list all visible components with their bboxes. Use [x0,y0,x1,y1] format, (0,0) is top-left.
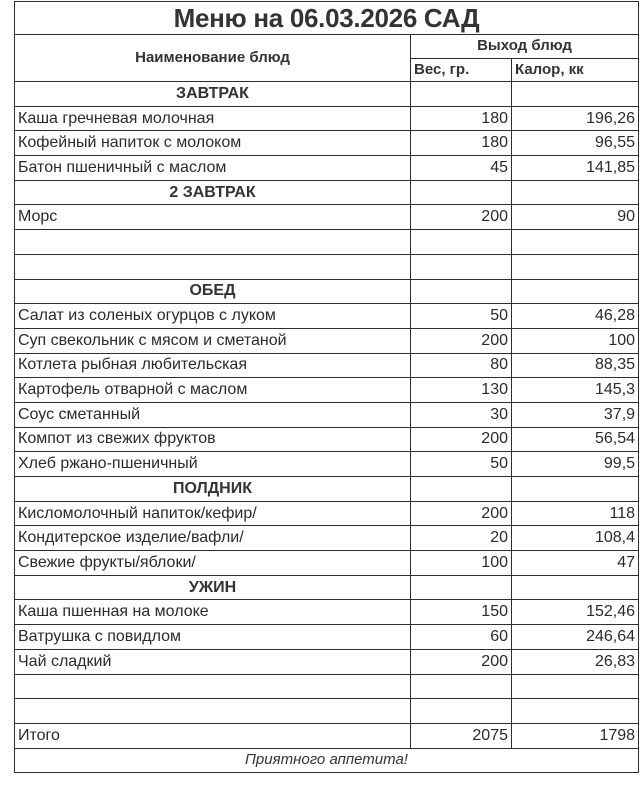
dish-weight [411,699,512,724]
table-row: Суп свекольник с мясом и сметаной200100 [15,328,639,353]
dish-name [15,230,411,255]
dish-name [15,699,411,724]
dish-calories: 96,55 [512,131,639,156]
dish-name: Каша гречневая молочная [15,106,411,131]
dish-weight: 60 [411,625,512,650]
dish-calories [512,180,639,205]
section-row: ЗАВТРАК [15,82,639,107]
dish-weight: 45 [411,156,512,181]
dish-calories [512,82,639,107]
header-calories: Калор, кк [512,58,639,82]
dish-weight: 130 [411,378,512,403]
dish-calories [512,477,639,502]
dish-calories: 141,85 [512,156,639,181]
dish-weight: 180 [411,131,512,156]
dish-name: Котлета рыбная любительская [15,353,411,378]
dish-name: Хлеб ржано-пшеничный [15,452,411,477]
dish-weight [411,254,512,279]
dish-calories: 152,46 [512,600,639,625]
table-row [15,230,639,255]
table-row: Кофейный напиток с молоком18096,55 [15,131,639,156]
dish-name: Каша пшенная на молоке [15,600,411,625]
dish-name [15,254,411,279]
dish-weight [411,82,512,107]
table-row [15,674,639,699]
dish-calories: 37,9 [512,402,639,427]
dish-calories: 47 [512,551,639,576]
menu-sheet: Меню на 06.03.2026 САД Наименование блюд… [14,1,638,773]
dish-name: Кофейный напиток с молоком [15,131,411,156]
header-row-1: Наименование блюд Выход блюд [15,35,639,59]
dish-weight [411,180,512,205]
dish-name: Ватрушка с повидлом [15,625,411,650]
dish-weight: 200 [411,501,512,526]
dish-calories: 118 [512,501,639,526]
table-row: Свежие фрукты/яблоки/10047 [15,551,639,576]
dish-name: Суп свекольник с мясом и сметаной [15,328,411,353]
header-weight: Вес, гр. [411,58,512,82]
dish-calories: 145,3 [512,378,639,403]
dish-calories: 100 [512,328,639,353]
dish-calories: 56,54 [512,427,639,452]
dish-calories: 196,26 [512,106,639,131]
dish-weight [411,477,512,502]
table-row: Батон пшеничный с маслом45141,85 [15,156,639,181]
dish-name [15,674,411,699]
dish-name: Батон пшеничный с маслом [15,156,411,181]
dish-weight: 200 [411,649,512,674]
dish-calories [512,674,639,699]
section-row: ОБЕД [15,279,639,304]
section-title: УЖИН [15,575,411,600]
dish-weight [411,230,512,255]
table-row: Чай сладкий20026,83 [15,649,639,674]
section-row: УЖИН [15,575,639,600]
table-row: Ватрушка с повидлом60246,64 [15,625,639,650]
table-row: Кисломолочный напиток/кефир/200118 [15,501,639,526]
dish-name: Свежие фрукты/яблоки/ [15,551,411,576]
table-row: Каша гречневая молочная180196,26 [15,106,639,131]
dish-weight: 200 [411,328,512,353]
dish-calories: 88,35 [512,353,639,378]
dish-weight: 150 [411,600,512,625]
table-row [15,254,639,279]
dish-weight: 180 [411,106,512,131]
dish-calories [512,279,639,304]
dish-name: Компот из свежих фруктов [15,427,411,452]
table-row: Соус сметанный3037,9 [15,402,639,427]
table-row [15,699,639,724]
header-dish-name: Наименование блюд [15,35,411,82]
section-title: 2 ЗАВТРАК [15,180,411,205]
section-title: ПОЛДНИК [15,477,411,502]
dish-calories [512,230,639,255]
dish-weight: 100 [411,551,512,576]
dish-weight: 20 [411,526,512,551]
table-row: Картофель отварной с маслом130145,3 [15,378,639,403]
dish-weight: 2075 [411,723,512,748]
dish-calories: 26,83 [512,649,639,674]
table-row: Компот из свежих фруктов20056,54 [15,427,639,452]
dish-calories: 1798 [512,723,639,748]
dish-name: Кисломолочный напиток/кефир/ [15,501,411,526]
dish-calories: 99,5 [512,452,639,477]
dish-weight: 200 [411,205,512,230]
dish-calories: 108,4 [512,526,639,551]
dish-name: Итого [15,723,411,748]
dish-weight [411,674,512,699]
table-row: Салат из соленых огурцов с луком5046,28 [15,304,639,329]
section-row: 2 ЗАВТРАК [15,180,639,205]
dish-weight [411,279,512,304]
dish-name: Соус сметанный [15,402,411,427]
dish-weight [411,575,512,600]
header-output: Выход блюд [411,35,639,59]
section-row: ПОЛДНИК [15,477,639,502]
footer-message: Приятного аппетита! [15,748,639,773]
footer-row: Приятного аппетита! [15,748,639,773]
dish-weight: 50 [411,452,512,477]
dish-name: Чай сладкий [15,649,411,674]
dish-calories [512,254,639,279]
dish-name: Кондитерское изделие/вафли/ [15,526,411,551]
section-title: ОБЕД [15,279,411,304]
dish-name: Картофель отварной с маслом [15,378,411,403]
page-title: Меню на 06.03.2026 САД [15,2,639,35]
dish-calories [512,575,639,600]
dish-weight: 80 [411,353,512,378]
title-row: Меню на 06.03.2026 САД [15,2,639,35]
dish-calories: 246,64 [512,625,639,650]
dish-name: Салат из соленых огурцов с луком [15,304,411,329]
dish-name: Морс [15,205,411,230]
table-row: Каша пшенная на молоке150152,46 [15,600,639,625]
table-row: Кондитерское изделие/вафли/20108,4 [15,526,639,551]
dish-weight: 200 [411,427,512,452]
dish-calories: 46,28 [512,304,639,329]
dish-weight: 30 [411,402,512,427]
section-title: ЗАВТРАК [15,82,411,107]
table-row: Котлета рыбная любительская8088,35 [15,353,639,378]
dish-calories [512,699,639,724]
menu-table: Меню на 06.03.2026 САД Наименование блюд… [14,1,639,773]
table-row: Хлеб ржано-пшеничный5099,5 [15,452,639,477]
table-row: Итого20751798 [15,723,639,748]
dish-calories: 90 [512,205,639,230]
table-row: Морс20090 [15,205,639,230]
dish-weight: 50 [411,304,512,329]
